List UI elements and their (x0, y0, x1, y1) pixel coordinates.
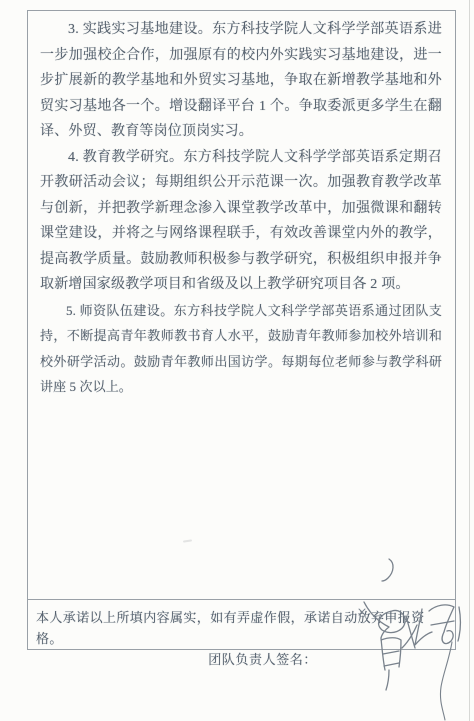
signature-label: 团队负责人签名： (36, 649, 445, 670)
pledge-statement: 本人承诺以上所填内容属实，如有弄虚作假，承诺自动放弃申报资格。 (36, 607, 445, 649)
scan-page-edge (469, 0, 470, 721)
form-table: 3. 实践实习基地建设。东方科技学院人文科学学部英语系进一步加强校企合作，加强原… (27, 10, 456, 650)
paragraph-faculty-team: 5. 师资队伍建设。东方科技学院人文科学学部英语系通过团队支持，不断提高青年教师… (40, 298, 442, 400)
scanned-form-page: 3. 实践实习基地建设。东方科技学院人文科学学部英语系进一步加强校企合作，加强原… (0, 0, 474, 721)
paragraph-teaching-research: 4. 教育教学研究。东方科技学院人文科学学部英语系定期召开教研活动会议；每期组织… (40, 145, 442, 298)
paragraph-practice-base: 3. 实践实习基地建设。东方科技学院人文科学学部英语系进一步加强校企合作，加强原… (40, 17, 442, 145)
pledge-cell: 本人承诺以上所填内容属实，如有弄虚作假，承诺自动放弃申报资格。 团队负责人签名： (28, 599, 455, 650)
plan-content-cell: 3. 实践实习基地建设。东方科技学院人文科学学部英语系进一步加强校企合作，加强原… (28, 11, 455, 599)
